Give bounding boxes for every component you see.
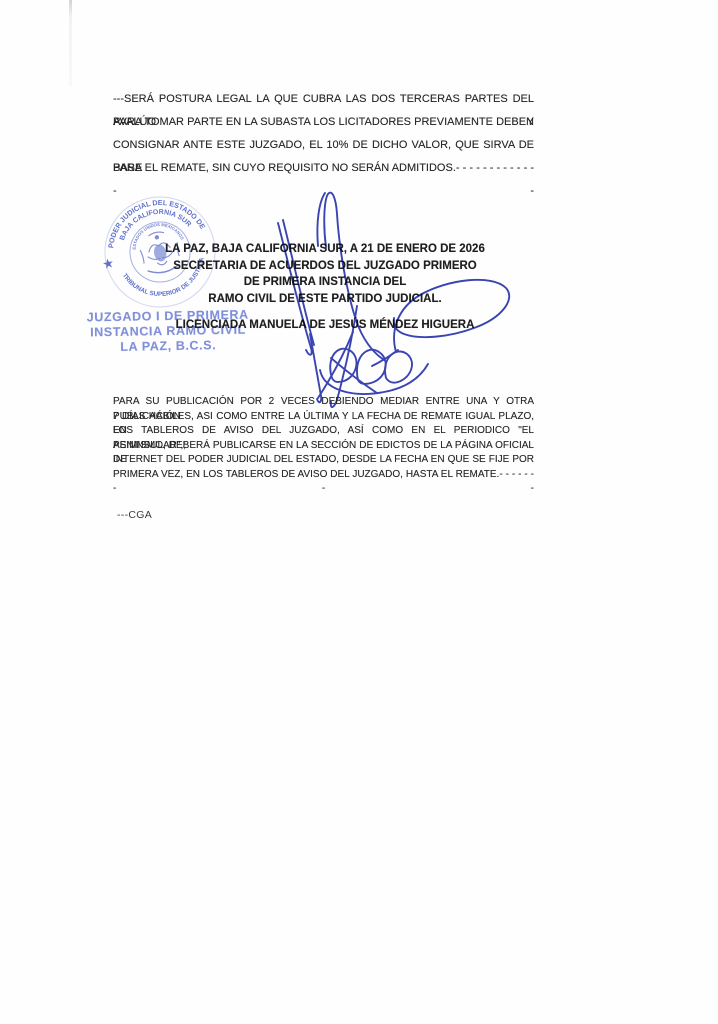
paragraph-line: ---SERÁ POSTURA LEGAL LA QUE CUBRA LAS D…: [113, 88, 534, 111]
paragraph-line: INTERNET DEL PODER JUDICIAL DEL ESTADO, …: [113, 453, 534, 468]
date-and-office-block: LA PAZ, BAJA CALIFORNIA SUR, A 21 DE ENE…: [160, 241, 490, 307]
date-line: LA PAZ, BAJA CALIFORNIA SUR, A 21 DE ENE…: [160, 241, 490, 258]
paragraph-line: PRIMERA VEZ, EN LOS TABLEROS DE AVISO DE…: [113, 468, 534, 483]
clerk-initials: ---CGA: [117, 509, 152, 521]
paragraph-publicacion: PARA SU PUBLICACIÓN POR 2 VECES DEBIENDO…: [113, 395, 534, 482]
paragraph-line: 7 DÍAS HÁBILES, ASI COMO ENTRE LA ÚLTIMA…: [113, 410, 534, 425]
office-line: RAMO CIVIL DE ESTE PARTIDO JUDICIAL.: [160, 291, 490, 308]
office-line: SECRETARIA DE ACUERDOS DEL JUZGADO PRIME…: [160, 258, 490, 275]
office-line: DE PRIMERA INSTANCIA DEL: [160, 274, 490, 291]
star-icon: ★: [101, 255, 116, 272]
paragraph-line: ASIMISMO, DEBERÁ PUBLICARSE EN LA SECCIÓ…: [113, 439, 534, 454]
paragraph-line: PARA EL REMATE, SIN CUYO REQUISITO NO SE…: [113, 157, 534, 180]
juzgado-office-stamp: JUZGADO I DE PRIMERA INSTANCIA RAMO CIVI…: [86, 308, 251, 356]
paragraph-line: PARA TOMAR PARTE EN LA SUBASTA LOS LICIT…: [113, 111, 534, 134]
paragraph-postura-legal: ---SERÁ POSTURA LEGAL LA QUE CUBRA LAS D…: [113, 88, 534, 180]
scanned-court-document-page: ---SERÁ POSTURA LEGAL LA QUE CUBRA LAS D…: [0, 0, 718, 1024]
paragraph-line: PARA SU PUBLICACIÓN POR 2 VECES DEBIENDO…: [113, 395, 534, 410]
paragraph-line: LOS TABLEROS DE AVISO DEL JUZGADO, ASÍ C…: [113, 424, 534, 439]
paragraph-line: CONSIGNAR ANTE ESTE JUZGADO, EL 10% DE D…: [113, 134, 534, 157]
signatory-name: LICENCIADA MANUELA DE JESÚS MÉNDEZ HIGUE…: [160, 319, 490, 331]
stamp-line: LA PAZ, B.C.S.: [86, 338, 250, 356]
scan-artifact-line: [69, 0, 72, 86]
